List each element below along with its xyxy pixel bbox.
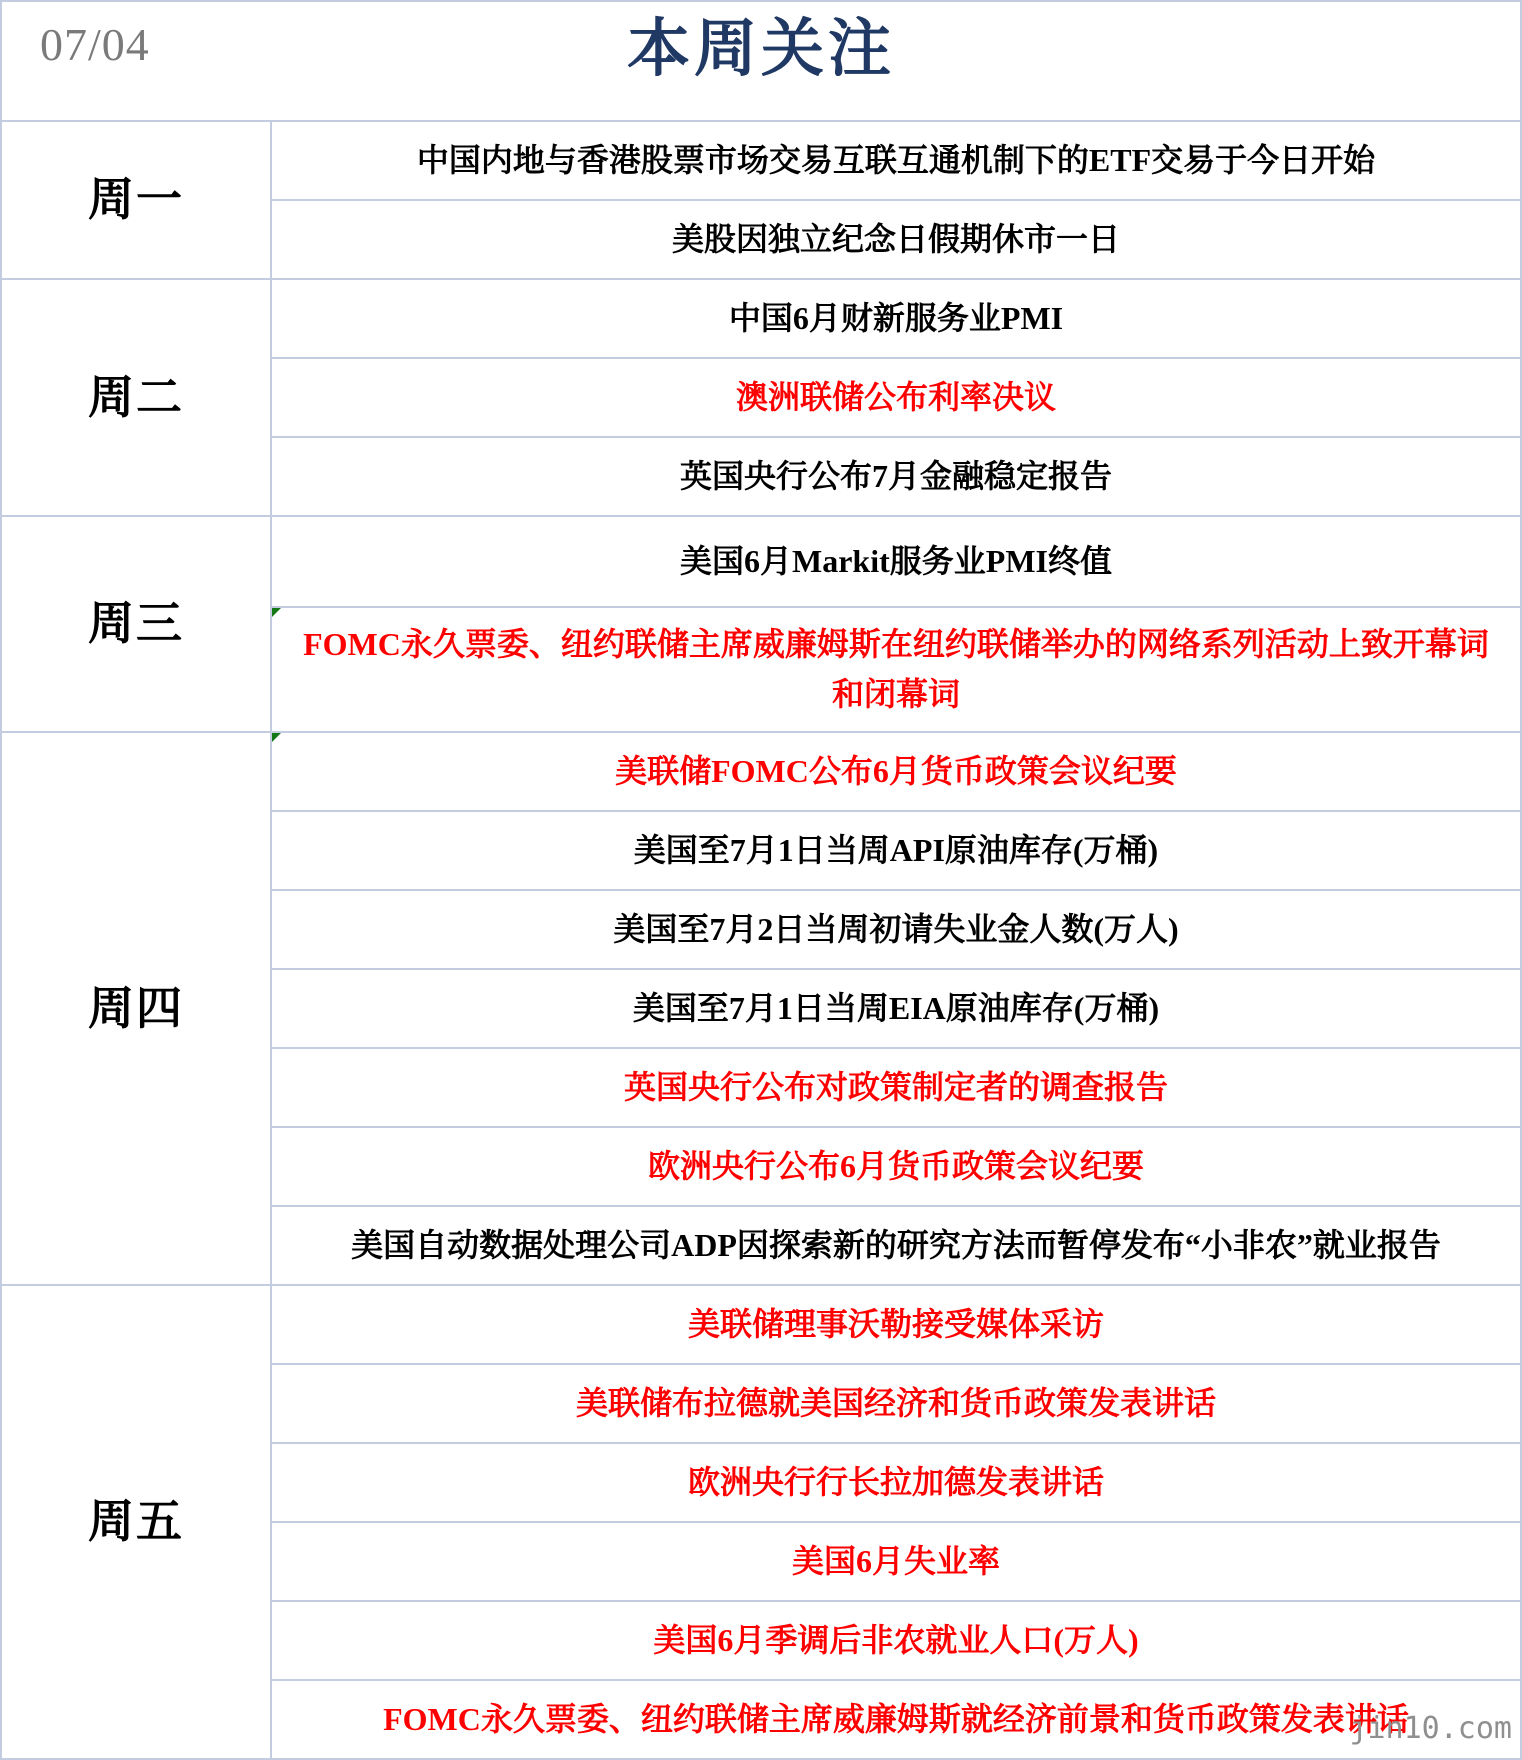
event-text: 美联储FOMC公布6月货币政策会议纪要 (615, 747, 1177, 797)
event-cell: 中国内地与香港股票市场交易互联互通机制下的ETF交易于今日开始 (272, 122, 1520, 199)
event-cell: 英国央行公布对政策制定者的调查报告 (272, 1047, 1520, 1126)
day-cell-wednesday: 周三 (2, 517, 272, 731)
header: 07/04 本周关注 (2, 2, 1520, 122)
calendar-table: 周一中国内地与香港股票市场交易互联互通机制下的ETF交易于今日开始美股因独立纪念… (2, 122, 1520, 1758)
event-list: 中国内地与香港股票市场交易互联互通机制下的ETF交易于今日开始美股因独立纪念日假… (272, 122, 1520, 278)
day-cell-monday: 周一 (2, 122, 272, 278)
event-cell: 美联储理事沃勒接受媒体采访 (272, 1286, 1520, 1363)
event-cell: 英国央行公布7月金融稳定报告 (272, 436, 1520, 515)
event-text: 美国至7月1日当周EIA原油库存(万桶) (633, 984, 1159, 1034)
event-text: 美国6月失业率 (792, 1537, 1000, 1587)
event-list: 中国6月财新服务业PMI澳洲联储公布利率决议英国央行公布7月金融稳定报告 (272, 280, 1520, 515)
event-cell: 美股因独立纪念日假期休市一日 (272, 199, 1520, 278)
event-text: 英国央行公布对政策制定者的调查报告 (624, 1063, 1168, 1113)
event-text: 美联储理事沃勒接受媒体采访 (688, 1300, 1104, 1350)
event-cell: 美国6月失业率 (272, 1521, 1520, 1600)
event-text: 欧洲央行公布6月货币政策会议纪要 (648, 1142, 1144, 1192)
event-cell: 美国6月季调后非农就业人口(万人) (272, 1600, 1520, 1679)
day-label: 周一 (88, 177, 184, 223)
event-text: 美国自动数据处理公司ADP因探索新的研究方法而暂停发布“小非农”就业报告 (351, 1221, 1441, 1271)
day-cell-friday: 周五 (2, 1286, 272, 1758)
event-cell: 美国至7月2日当周初请失业金人数(万人) (272, 889, 1520, 968)
day-label: 周四 (88, 986, 184, 1032)
event-text: 欧洲央行行长拉加德发表讲话 (688, 1458, 1104, 1508)
event-cell: FOMC永久票委、纽约联储主席威廉姆斯就经济前景和货币政策发表讲话 (272, 1679, 1520, 1758)
event-text: 英国央行公布7月金融稳定报告 (680, 452, 1112, 502)
watermark: jin10.com (1349, 1711, 1512, 1746)
cell-flag-icon (272, 608, 281, 617)
day-cell-tuesday: 周二 (2, 280, 272, 515)
event-text: FOMC永久票委、纽约联储主席威廉姆斯就经济前景和货币政策发表讲话 (383, 1695, 1409, 1745)
event-list: 美联储理事沃勒接受媒体采访美联储布拉德就美国经济和货币政策发表讲话欧洲央行行长拉… (272, 1286, 1520, 1758)
day-group-friday: 周五美联储理事沃勒接受媒体采访美联储布拉德就美国经济和货币政策发表讲话欧洲央行行… (2, 1286, 1520, 1758)
cell-flag-icon (272, 733, 281, 742)
day-label: 周三 (88, 601, 184, 647)
event-list: 美联储FOMC公布6月货币政策会议纪要美国至7月1日当周API原油库存(万桶)美… (272, 733, 1520, 1284)
event-text: 澳洲联储公布利率决议 (736, 373, 1056, 423)
day-group-thursday: 周四美联储FOMC公布6月货币政策会议纪要美国至7月1日当周API原油库存(万桶… (2, 733, 1520, 1286)
event-cell: 美国6月Markit服务业PMI终值 (272, 517, 1520, 606)
event-cell: 美联储布拉德就美国经济和货币政策发表讲话 (272, 1363, 1520, 1442)
event-cell: 欧洲央行行长拉加德发表讲话 (272, 1442, 1520, 1521)
event-cell: 中国6月财新服务业PMI (272, 280, 1520, 357)
day-label: 周二 (88, 375, 184, 421)
page-title: 本周关注 (2, 18, 1520, 81)
event-text: FOMC永久票委、纽约联储主席威廉姆斯在纽约联储举办的网络系列活动上致开幕词和闭… (299, 620, 1494, 719)
event-text: 美国至7月2日当周初请失业金人数(万人) (613, 905, 1178, 955)
event-text: 美股因独立纪念日假期休市一日 (672, 215, 1120, 265)
event-text: 美联储布拉德就美国经济和货币政策发表讲话 (576, 1379, 1216, 1429)
event-list: 美国6月Markit服务业PMI终值FOMC永久票委、纽约联储主席威廉姆斯在纽约… (272, 517, 1520, 731)
event-cell: 美国自动数据处理公司ADP因探索新的研究方法而暂停发布“小非农”就业报告 (272, 1205, 1520, 1284)
event-text: 美国6月Markit服务业PMI终值 (680, 537, 1112, 587)
event-cell: 美联储FOMC公布6月货币政策会议纪要 (272, 733, 1520, 810)
event-cell: FOMC永久票委、纽约联储主席威廉姆斯在纽约联储举办的网络系列活动上致开幕词和闭… (272, 606, 1520, 731)
event-cell: 欧洲央行公布6月货币政策会议纪要 (272, 1126, 1520, 1205)
day-group-tuesday: 周二中国6月财新服务业PMI澳洲联储公布利率决议英国央行公布7月金融稳定报告 (2, 280, 1520, 517)
event-cell: 澳洲联储公布利率决议 (272, 357, 1520, 436)
weekly-focus-sheet: 07/04 本周关注 周一中国内地与香港股票市场交易互联互通机制下的ETF交易于… (0, 0, 1522, 1760)
day-cell-thursday: 周四 (2, 733, 272, 1284)
event-cell: 美国至7月1日当周API原油库存(万桶) (272, 810, 1520, 889)
event-text: 中国6月财新服务业PMI (729, 294, 1063, 344)
event-text: 美国至7月1日当周API原油库存(万桶) (634, 826, 1158, 876)
day-group-monday: 周一中国内地与香港股票市场交易互联互通机制下的ETF交易于今日开始美股因独立纪念… (2, 122, 1520, 280)
event-text: 美国6月季调后非农就业人口(万人) (653, 1616, 1138, 1666)
day-label: 周五 (88, 1499, 184, 1545)
day-group-wednesday: 周三美国6月Markit服务业PMI终值FOMC永久票委、纽约联储主席威廉姆斯在… (2, 517, 1520, 733)
event-cell: 美国至7月1日当周EIA原油库存(万桶) (272, 968, 1520, 1047)
event-text: 中国内地与香港股票市场交易互联互通机制下的ETF交易于今日开始 (417, 136, 1375, 186)
